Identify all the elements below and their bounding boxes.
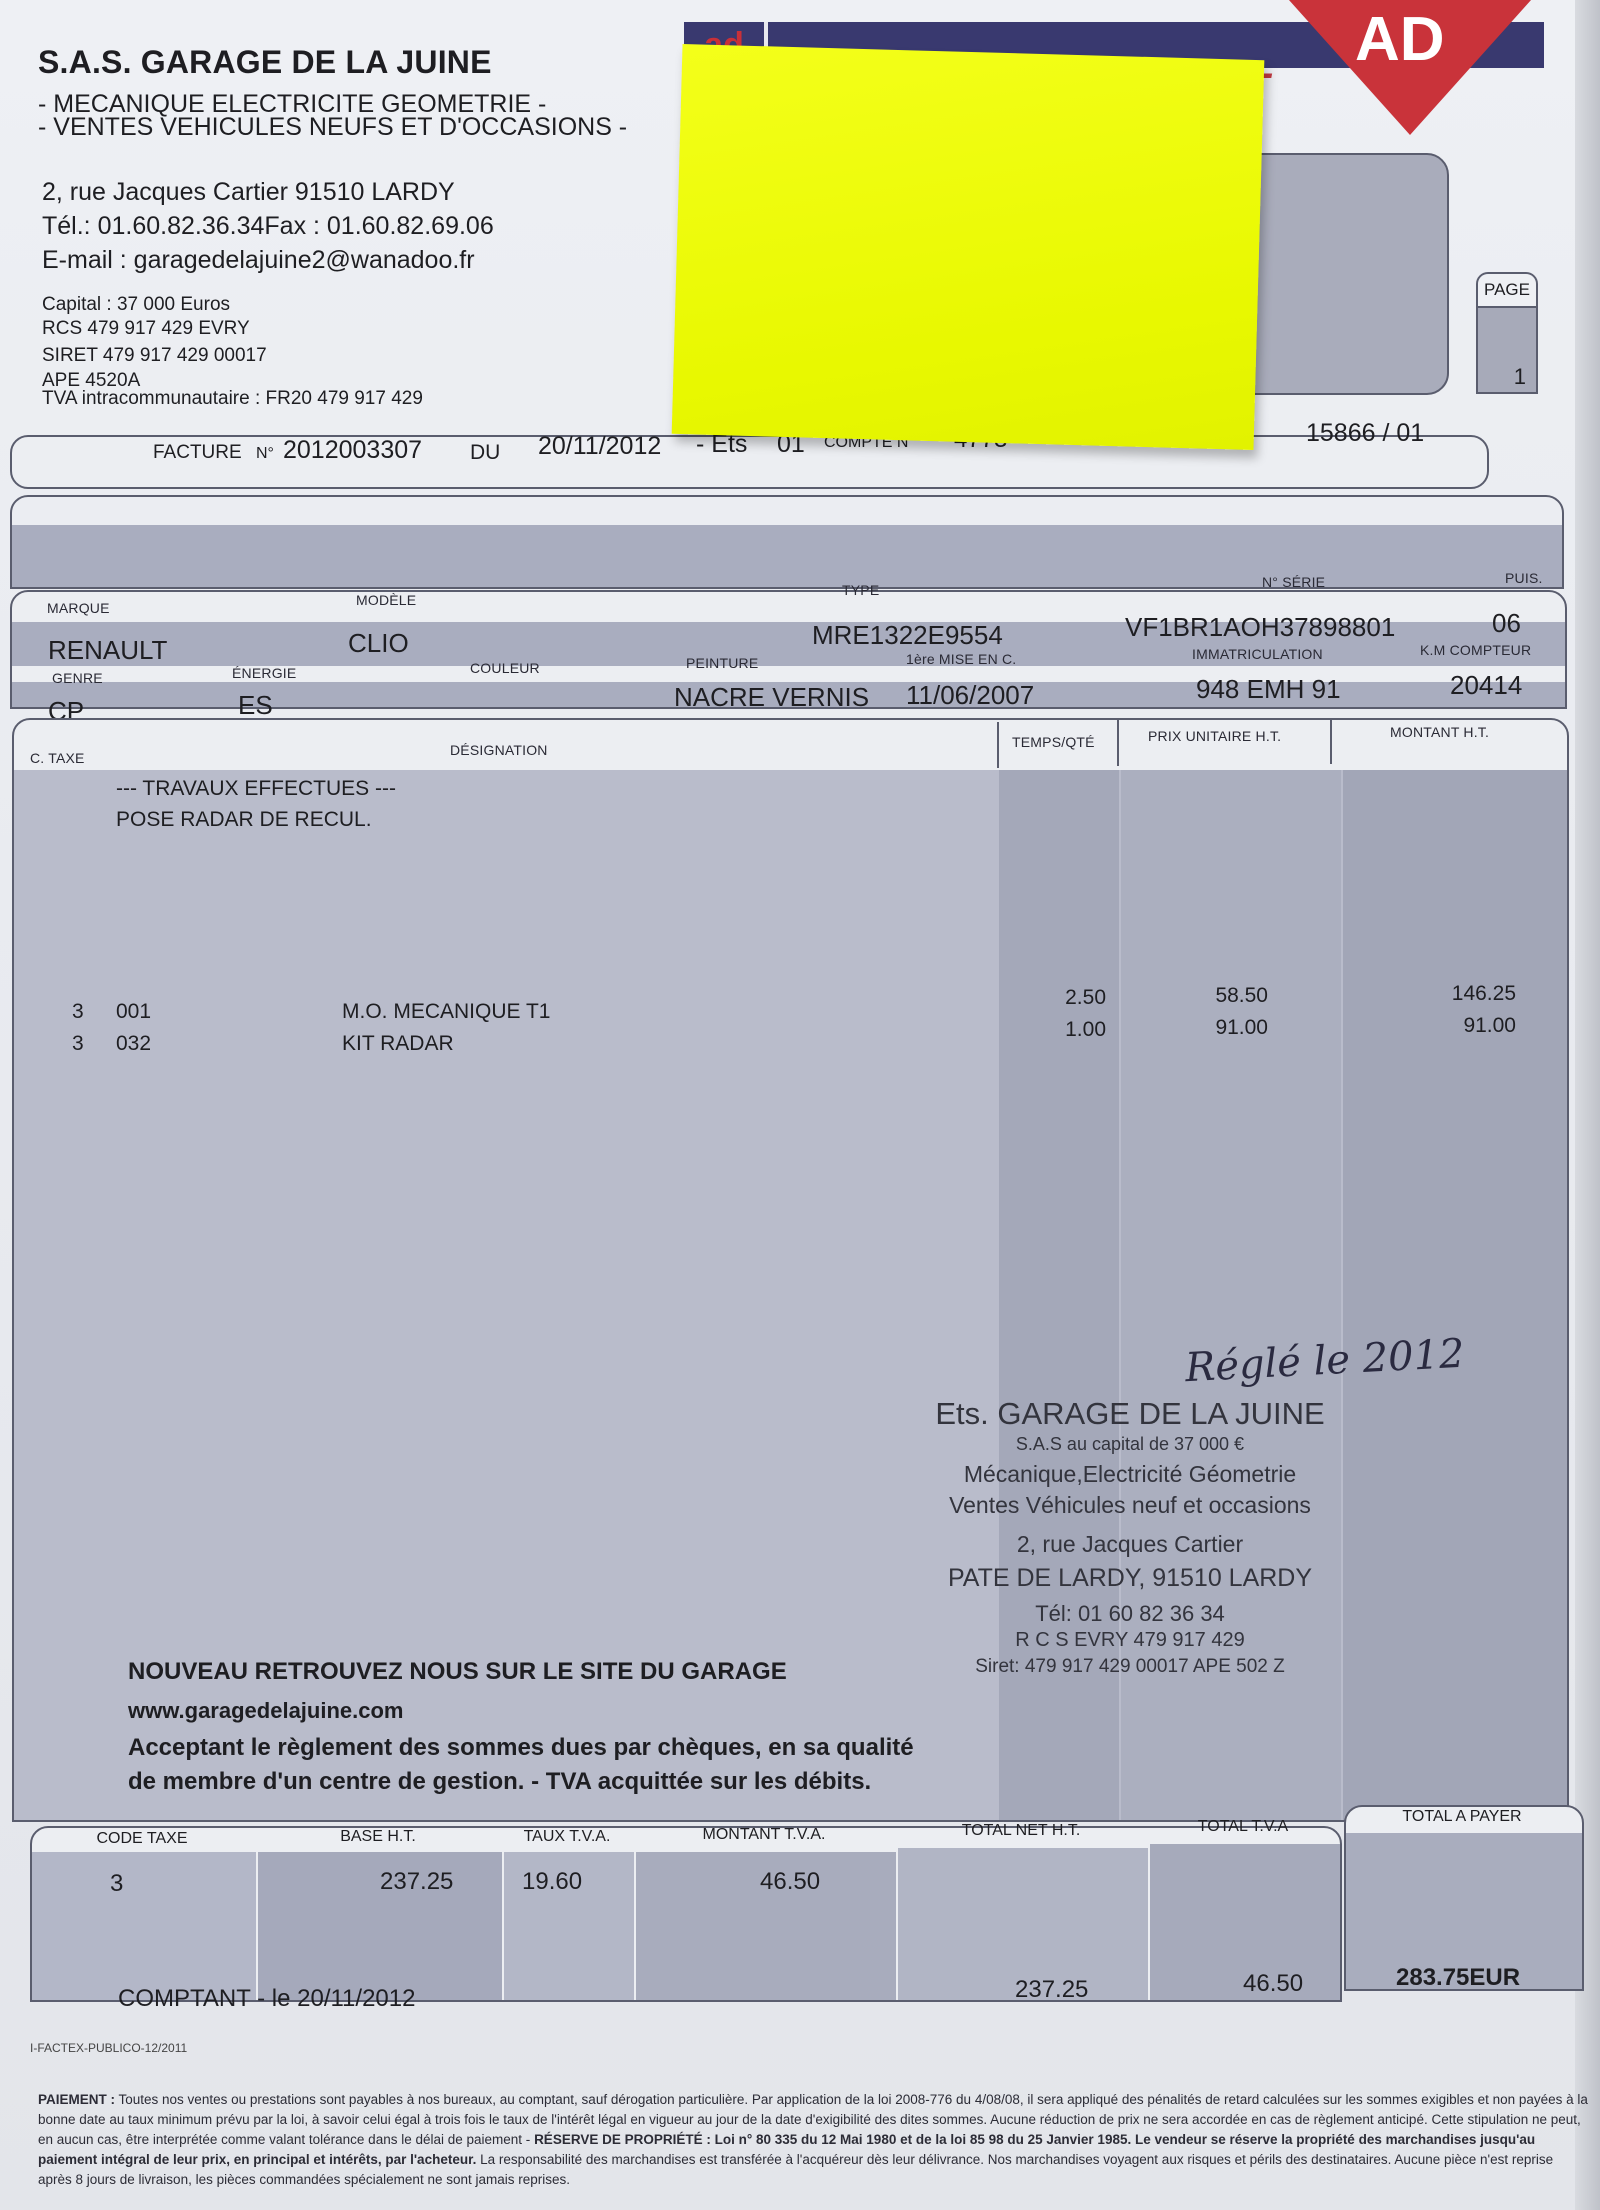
item-qty: 1.00 bbox=[1065, 1018, 1106, 1042]
vehicle-modele: CLIO bbox=[348, 628, 409, 659]
vehicle-peinture: NACRE VERNIS bbox=[674, 682, 869, 713]
montant-tva-value: 46.50 bbox=[760, 1868, 820, 1896]
invoice-date: 20/11/2012 bbox=[538, 432, 661, 461]
divider bbox=[1330, 718, 1332, 764]
item-unit-price: 91.00 bbox=[1215, 1016, 1268, 1040]
vehicle-km: 20414 bbox=[1450, 670, 1522, 701]
stamp-line: R C S EVRY 479 917 429 bbox=[900, 1629, 1360, 1652]
vehicle-immat: 948 EMH 91 bbox=[1196, 674, 1341, 705]
vehicle-energie: ES bbox=[238, 690, 273, 721]
stamp-line: Tél: 01 60 82 36 34 bbox=[900, 1601, 1360, 1627]
company-phone-fax: Tél.: 01.60.82.36.34Fax : 01.60.82.69.06 bbox=[42, 212, 494, 241]
client-box bbox=[10, 495, 1564, 589]
total-a-payer-value: 283.75EUR bbox=[1396, 1964, 1520, 1992]
company-rcs: RCS 479 917 429 EVRY bbox=[42, 318, 250, 340]
company-stamp: Ets. GARAGE DE LA JUINE S.A.S au capital… bbox=[900, 1396, 1360, 1678]
label-immat: IMMATRICULATION bbox=[1192, 646, 1323, 662]
facture-label: FACTURE bbox=[153, 442, 242, 464]
stamp-line: Mécanique,Electricité Géometrie bbox=[900, 1461, 1360, 1488]
ad-logo-text: AD bbox=[1355, 4, 1445, 75]
stamp-line: PATE DE LARDY, 91510 LARDY bbox=[900, 1564, 1360, 1593]
form-reference: I-FACTEX-PUBLICO-12/2011 bbox=[30, 2041, 187, 2055]
header-designation: DÉSIGNATION bbox=[450, 742, 548, 758]
stamp-line: 2, rue Jacques Cartier bbox=[900, 1531, 1360, 1558]
item-ctaxe: 3 bbox=[72, 1000, 84, 1024]
yellow-sticky-note bbox=[672, 44, 1265, 450]
company-activity-2: - VENTES VEHICULES NEUFS ET D'OCCASIONS … bbox=[38, 113, 627, 142]
page-label: PAGE bbox=[1478, 274, 1536, 308]
label-genre: GENRE bbox=[52, 670, 103, 686]
legal-terms: PAIEMENT : Toutes nos ventes ou prestati… bbox=[38, 2090, 1588, 2190]
header-total-a-payer: TOTAL A PAYER bbox=[1344, 1808, 1580, 1826]
item-amount: 91.00 bbox=[1463, 1014, 1516, 1038]
taux-tva-value: 19.60 bbox=[522, 1868, 582, 1896]
page-number: 1 bbox=[1514, 364, 1526, 390]
label-km: K.M COMPTEUR bbox=[1420, 642, 1531, 658]
header-total-tva: TOTAL T.V.A bbox=[1148, 1818, 1338, 1836]
stamp-line: Siret: 479 917 429 00017 APE 502 Z bbox=[900, 1656, 1360, 1678]
vehicle-marque: RENAULT bbox=[48, 635, 167, 666]
heading-travaux: --- TRAVAUX EFFECTUES --- bbox=[116, 777, 396, 801]
header-qty: TEMPS/QTÉ bbox=[1012, 734, 1095, 750]
total-tva-value: 46.50 bbox=[1243, 1970, 1303, 1998]
divider bbox=[997, 722, 999, 768]
company-siret: SIRET 479 917 429 00017 bbox=[42, 345, 267, 367]
notice-website-url[interactable]: www.garagedelajuine.com bbox=[128, 1698, 403, 1724]
company-email: E-mail : garagedelajuine2@wanadoo.fr bbox=[42, 246, 475, 275]
label-marque: MARQUE bbox=[47, 600, 110, 616]
invoice-number: 2012003307 bbox=[283, 436, 422, 465]
label-mise: 1ère MISE EN C. bbox=[906, 651, 1016, 667]
divider bbox=[1117, 720, 1119, 766]
company-name: S.A.S. GARAGE DE LA JUINE bbox=[38, 44, 492, 81]
item-qty: 2.50 bbox=[1065, 986, 1106, 1010]
paiement-label: PAIEMENT : bbox=[38, 2092, 115, 2107]
item-code: 001 bbox=[116, 1000, 151, 1024]
label-type: TYPE bbox=[842, 582, 879, 598]
label-couleur: COULEUR bbox=[470, 660, 540, 676]
item-ctaxe: 3 bbox=[72, 1032, 84, 1056]
label-energie: ÉNERGIE bbox=[232, 665, 296, 681]
vehicle-mise: 11/06/2007 bbox=[906, 680, 1034, 711]
label-serie: N° SÉRIE bbox=[1262, 574, 1325, 590]
item-unit-price: 58.50 bbox=[1215, 984, 1268, 1008]
vehicle-puis: 06 bbox=[1492, 608, 1521, 639]
notice-payment-1: Acceptant le règlement des sommes dues p… bbox=[128, 1734, 914, 1762]
number-label: N° bbox=[256, 445, 274, 463]
vehicle-serie: VF1BR1AOH37898801 bbox=[1125, 612, 1395, 643]
header-base-ht: BASE H.T. bbox=[256, 1828, 500, 1846]
header-montant-tva: MONTANT T.V.A. bbox=[634, 1826, 894, 1844]
payment-method: COMPTANT - le 20/11/2012 bbox=[118, 1985, 415, 2013]
header-total-net-ht: TOTAL NET H.T. bbox=[896, 1822, 1146, 1840]
page-box: PAGE 1 bbox=[1476, 272, 1538, 394]
base-ht-value: 237.25 bbox=[380, 1868, 453, 1896]
total-net-ht-value: 237.25 bbox=[1015, 1976, 1088, 2004]
company-address: 2, rue Jacques Cartier 91510 LARDY bbox=[42, 178, 455, 207]
heading-pose-radar: POSE RADAR DE RECUL. bbox=[116, 808, 372, 832]
header-unit: PRIX UNITAIRE H.T. bbox=[1148, 728, 1281, 744]
company-capital: Capital : 37 000 Euros bbox=[42, 294, 230, 316]
code-taxe-value: 3 bbox=[110, 1870, 123, 1898]
notice-payment-2: de membre d'un centre de gestion. - TVA … bbox=[128, 1768, 871, 1796]
or-number: 15866 / 01 bbox=[1306, 419, 1424, 448]
item-code: 032 bbox=[116, 1032, 151, 1056]
item-designation: KIT RADAR bbox=[342, 1032, 454, 1056]
tax-summary-table bbox=[30, 1826, 1342, 2002]
item-designation: M.O. MECANIQUE T1 bbox=[342, 1000, 550, 1024]
company-tva: TVA intracommunautaire : FR20 479 917 42… bbox=[42, 388, 423, 410]
label-peinture: PEINTURE bbox=[686, 655, 758, 671]
header-taux-tva: TAUX T.V.A. bbox=[502, 1828, 632, 1846]
stamp-line: S.A.S au capital de 37 000 € bbox=[900, 1434, 1360, 1455]
vehicle-type: MRE1322E9554 bbox=[812, 620, 1003, 651]
item-amount: 146.25 bbox=[1452, 982, 1516, 1006]
stamp-line: Ets. GARAGE DE LA JUINE bbox=[900, 1396, 1360, 1432]
notice-website-heading: NOUVEAU RETROUVEZ NOUS SUR LE SITE DU GA… bbox=[128, 1658, 787, 1686]
header-ctaxe: C. TAXE bbox=[30, 750, 85, 766]
label-modele: MODÈLE bbox=[356, 592, 416, 608]
label-puis: PUIS. bbox=[1505, 570, 1543, 586]
du-label: DU bbox=[470, 441, 500, 465]
header-code-taxe: CODE TAXE bbox=[30, 1830, 254, 1848]
stamp-line: Ventes Véhicules neuf et occasions bbox=[900, 1492, 1360, 1519]
header-amount: MONTANT H.T. bbox=[1390, 724, 1489, 740]
